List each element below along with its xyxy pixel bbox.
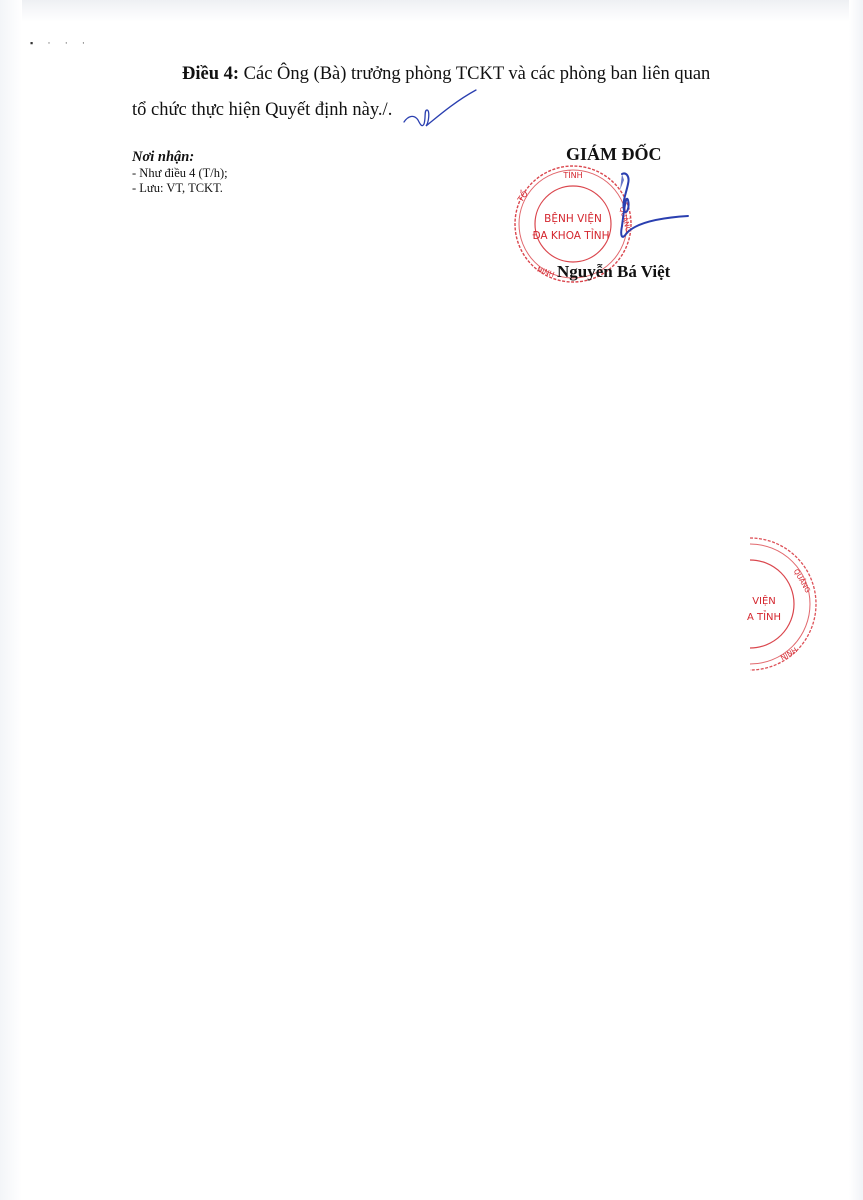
svg-text:VIỆN: VIỆN bbox=[752, 594, 776, 607]
svg-text:QUẢNG: QUẢNG bbox=[792, 567, 813, 594]
svg-text:ĐA KHOA TỈNH: ĐA KHOA TỈNH bbox=[532, 228, 609, 242]
scan-marks: ▪ · · · bbox=[30, 38, 91, 48]
svg-text:NINH: NINH bbox=[536, 265, 555, 279]
signatory-name: Nguyễn Bá Việt bbox=[557, 262, 670, 282]
svg-text:NINH: NINH bbox=[779, 646, 798, 662]
svg-text:TỔ: TỔ bbox=[513, 188, 530, 205]
page-seal-stamp-icon: QUẢNG NINH VIỆN A TỈNH bbox=[740, 530, 863, 680]
initial-mark-icon bbox=[364, 88, 484, 132]
svg-text:BỆNH VIỆN: BỆNH VIỆN bbox=[544, 212, 602, 225]
article4-label: Điều 4: bbox=[182, 64, 239, 84]
svg-text:A TỈNH: A TỈNH bbox=[747, 609, 781, 623]
document-page: ▪ · · · Điều 4: Các Ông (Bà) trưởng phòn… bbox=[0, 0, 863, 1200]
recipient-item: - Lưu: VT, TCKT. bbox=[132, 181, 228, 196]
article4-text: Các Ông (Bà) trưởng phòng TCKT và các ph… bbox=[239, 64, 710, 84]
signature-icon bbox=[600, 170, 700, 250]
article4-line1: Điều 4: Các Ông (Bà) trưởng phòng TCKT v… bbox=[182, 64, 710, 85]
signatory-title: GIÁM ĐỐC bbox=[566, 144, 662, 165]
scan-edge-top bbox=[0, 0, 863, 22]
article4-line2: tổ chức thực hiện Quyết định này./. bbox=[132, 100, 392, 121]
recipients-title: Nơi nhận: bbox=[132, 148, 228, 166]
scan-edge-left bbox=[0, 0, 22, 1200]
recipient-item: - Như điều 4 (T/h); bbox=[132, 166, 228, 181]
svg-text:TỈNH: TỈNH bbox=[562, 169, 582, 180]
recipients-block: Nơi nhận: - Như điều 4 (T/h); - Lưu: VT,… bbox=[132, 148, 228, 196]
